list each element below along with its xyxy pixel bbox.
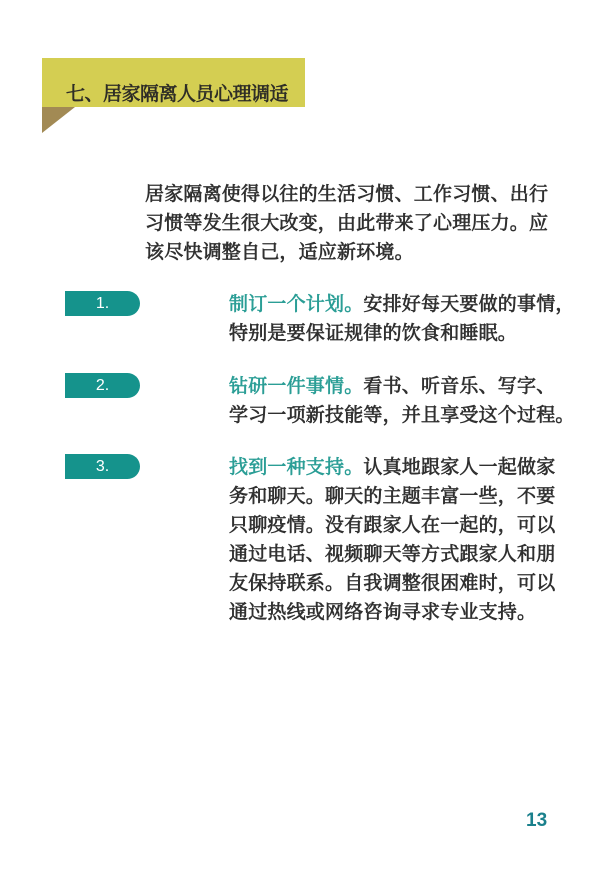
section-banner: 七、居家隔离人员心理调适 <box>42 58 305 107</box>
item-line: 制订一个计划。安排好每天要做的事情， <box>229 290 575 319</box>
item-text: 找到一种支持。认真地跟家人一起做家 务和聊天。聊天的主题丰富一些，不要 只聊疫情… <box>229 453 555 627</box>
item-line: 钻研一件事情。看书、听音乐、写字、 <box>229 372 575 401</box>
intro-line: 该尽快调整自己，适应新环境。 <box>145 238 548 267</box>
intro-line: 习惯等发生很大改变，由此带来了心理压力。应 <box>145 209 548 238</box>
item-lead: 制订一个计划。 <box>229 294 363 315</box>
section-title: 七、居家隔离人员心理调适 <box>66 79 288 106</box>
item-number-badge: 3. <box>65 454 140 479</box>
banner-fold <box>42 107 75 133</box>
item-number: 3. <box>96 458 109 476</box>
item-text: 制订一个计划。安排好每天要做的事情， 特别是要保证规律的饮食和睡眠。 <box>229 290 575 348</box>
intro-line: 居家隔离使得以往的生活习惯、工作习惯、出行 <box>145 180 548 209</box>
item-line-rest: 看书、听音乐、写字、 <box>363 376 555 397</box>
item-line-rest: 安排好每天要做的事情， <box>363 294 574 315</box>
item-number-badge: 1. <box>65 291 140 316</box>
item-line: 通过热线或网络咨询寻求专业支持。 <box>229 598 555 627</box>
item-number-badge: 2. <box>65 373 140 398</box>
item-line: 找到一种支持。认真地跟家人一起做家 <box>229 453 555 482</box>
item-lead: 钻研一件事情。 <box>229 376 363 397</box>
item-line: 特别是要保证规律的饮食和睡眠。 <box>229 319 575 348</box>
intro-paragraph: 居家隔离使得以往的生活习惯、工作习惯、出行 习惯等发生很大改变，由此带来了心理压… <box>145 180 548 267</box>
page-number: 13 <box>526 810 547 832</box>
item-line: 务和聊天。聊天的主题丰富一些，不要 <box>229 482 555 511</box>
item-number: 2. <box>96 377 109 395</box>
item-text: 钻研一件事情。看书、听音乐、写字、 学习一项新技能等，并且享受这个过程。 <box>229 372 575 430</box>
item-line: 学习一项新技能等，并且享受这个过程。 <box>229 401 575 430</box>
item-line: 友保持联系。自我调整很困难时，可以 <box>229 569 555 598</box>
item-line-rest: 认真地跟家人一起做家 <box>363 457 555 478</box>
item-number: 1. <box>96 295 109 313</box>
item-line: 通过电话、视频聊天等方式跟家人和朋 <box>229 540 555 569</box>
item-lead: 找到一种支持。 <box>229 457 363 478</box>
page: 七、居家隔离人员心理调适 居家隔离使得以往的生活习惯、工作习惯、出行 习惯等发生… <box>0 0 600 870</box>
item-line: 只聊疫情。没有跟家人在一起的，可以 <box>229 511 555 540</box>
